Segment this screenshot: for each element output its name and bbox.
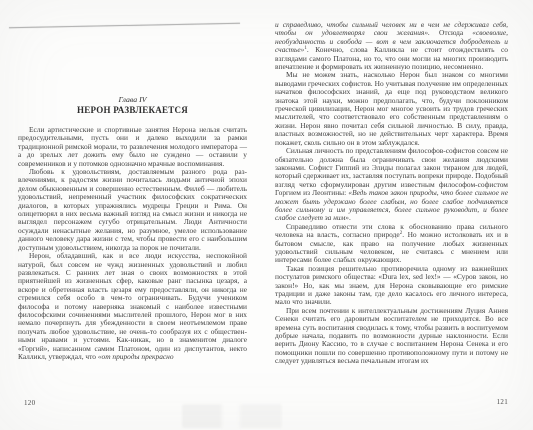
right-page-body: и справедливо, чтобы сильный человек ни … xyxy=(275,21,508,366)
book-spread: Глава IV НЕРОН РАЗВЛЕКАЕТСЯ Если артисти… xyxy=(0,0,533,430)
page-number-left: 120 xyxy=(24,399,35,407)
chapter-label: Глава IV xyxy=(18,95,247,104)
text-segment: «от природы прекрасно xyxy=(98,352,174,361)
paragraph: Мы не можем знать, насколько Нерон был з… xyxy=(275,71,508,147)
page-number-right: 121 xyxy=(497,398,508,406)
text-segment: Мы не можем знать, насколько Нерон был з… xyxy=(275,70,508,146)
paragraph: Сильная личность по представлениям филос… xyxy=(275,147,508,223)
text-segment: При всем почтении к интеллектуальным дос… xyxy=(275,306,508,365)
text-segment: . Конечно, слова Калликла не стоит отожд… xyxy=(275,45,508,71)
text-segment: Если артистические и спортивные занятия … xyxy=(18,125,247,168)
right-page: и справедливо, чтобы сильный человек ни … xyxy=(275,0,508,430)
scan-smudge xyxy=(182,404,282,428)
paragraph: и справедливо, чтобы сильный человек ни … xyxy=(275,21,508,71)
paragraph: Такая позиция решительно противоречила о… xyxy=(275,265,508,307)
chapter-title: НЕРОН РАЗВЛЕКАЕТСЯ xyxy=(18,105,247,115)
paragraph: Если артистические и спортивные занятия … xyxy=(18,126,247,168)
text-segment: Такая позиция решительно противоречила о… xyxy=(275,264,508,307)
text-segment: Любовь к удовольствиям, доставляемым раз… xyxy=(18,167,247,252)
paragraph: Любовь к удовольствиям, доставляемым раз… xyxy=(18,168,247,252)
paragraph: Справедливо отнести эти слова к обоснова… xyxy=(275,223,508,265)
left-page: Глава IV НЕРОН РАЗВЛЕКАЕТСЯ Если артисти… xyxy=(18,0,247,430)
paragraph: При всем почтении к интеллектуальным дос… xyxy=(275,307,508,366)
chapter-heading: Глава IV НЕРОН РАЗВЛЕКАЕТСЯ xyxy=(18,95,247,115)
chapter-top-rule xyxy=(9,23,240,28)
text-segment: Нерон, обладавший, как и все люди искусс… xyxy=(18,251,247,361)
left-page-body: Если артистические и спортивные занятия … xyxy=(18,126,247,361)
paragraph: Нерон, обладавший, как и все люди искусс… xyxy=(18,252,247,361)
